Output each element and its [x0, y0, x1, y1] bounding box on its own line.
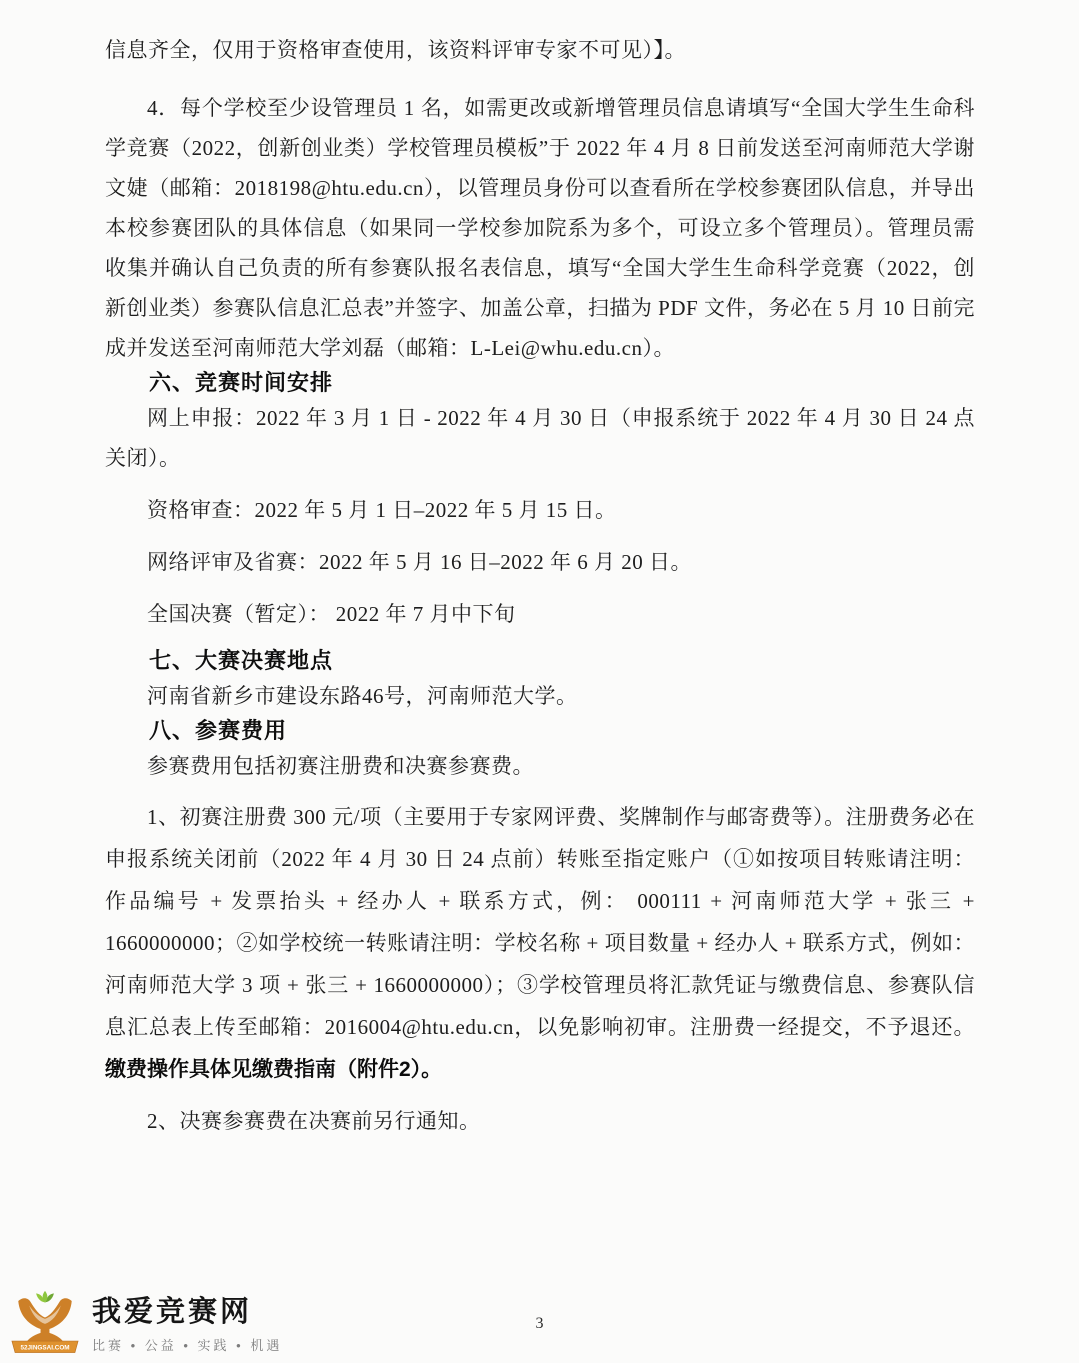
schedule-item-network-review: 网络评审及省赛：2022 年 5 月 16 日–2022 年 6 月 20 日。 [105, 542, 975, 582]
section-heading-venue: 七、大赛决赛地点 [105, 646, 975, 676]
paragraph-prev-continuation: 信息齐全，仅用于资格审查使用，该资料评审专家不可见）】。 [105, 30, 975, 70]
paragraph-admin-rules: 4．每个学校至少设管理员 1 名，如需更改或新增管理员信息请填写“全国大学生生命… [105, 88, 975, 368]
logo-banner-text: 52JINGSAI.COM [20, 1344, 69, 1351]
fees-item-registration-bold-note: 缴费操作具体见缴费指南（附件2）。 [105, 1058, 442, 1081]
section-heading-fees: 八、参赛费用 [105, 716, 975, 746]
section-heading-schedule: 六、竞赛时间安排 [105, 368, 975, 398]
document-page: 信息齐全，仅用于资格审查使用，该资料评审专家不可见）】。 4．每个学校至少设管理… [0, 0, 1079, 1363]
logo-trophy-icon: 52JINGSAI.COM [10, 1285, 80, 1359]
logo-tagline: 比赛 • 公益 • 实践 • 机遇 [92, 1335, 282, 1354]
fees-item-registration-text: 1、初赛注册费 300 元/项（主要用于专家网评费、奖牌制作与邮寄费等）。注册费… [105, 805, 975, 1039]
venue-address: 河南省新乡市建设东路46号，河南师范大学。 [105, 676, 975, 716]
schedule-item-online-application: 网上申报：2022 年 3 月 1 日 - 2022 年 4 月 30 日（申报… [105, 398, 975, 478]
logo-text-block: 我爱竞赛网 比赛 • 公益 • 实践 • 机遇 [92, 1285, 282, 1354]
fees-item-registration: 1、初赛注册费 300 元/项（主要用于专家网评费、奖牌制作与邮寄费等）。注册费… [105, 796, 975, 1091]
schedule-item-qualification-review: 资格审查：2022 年 5 月 1 日–2022 年 5 月 15 日。 [105, 490, 975, 530]
fees-item-final: 2、决赛参赛费在决赛前另行通知。 [105, 1101, 975, 1141]
logo-site-name: 我爱竞赛网 [92, 1297, 282, 1327]
schedule-item-national-final: 全国决赛（暂定）： 2022 年 7 月中下旬 [105, 594, 975, 634]
fees-intro: 参赛费用包括初赛注册费和决赛参赛费。 [105, 746, 975, 786]
watermark-logo: 52JINGSAI.COM 我爱竞赛网 比赛 • 公益 • 实践 • 机遇 [10, 1285, 282, 1359]
